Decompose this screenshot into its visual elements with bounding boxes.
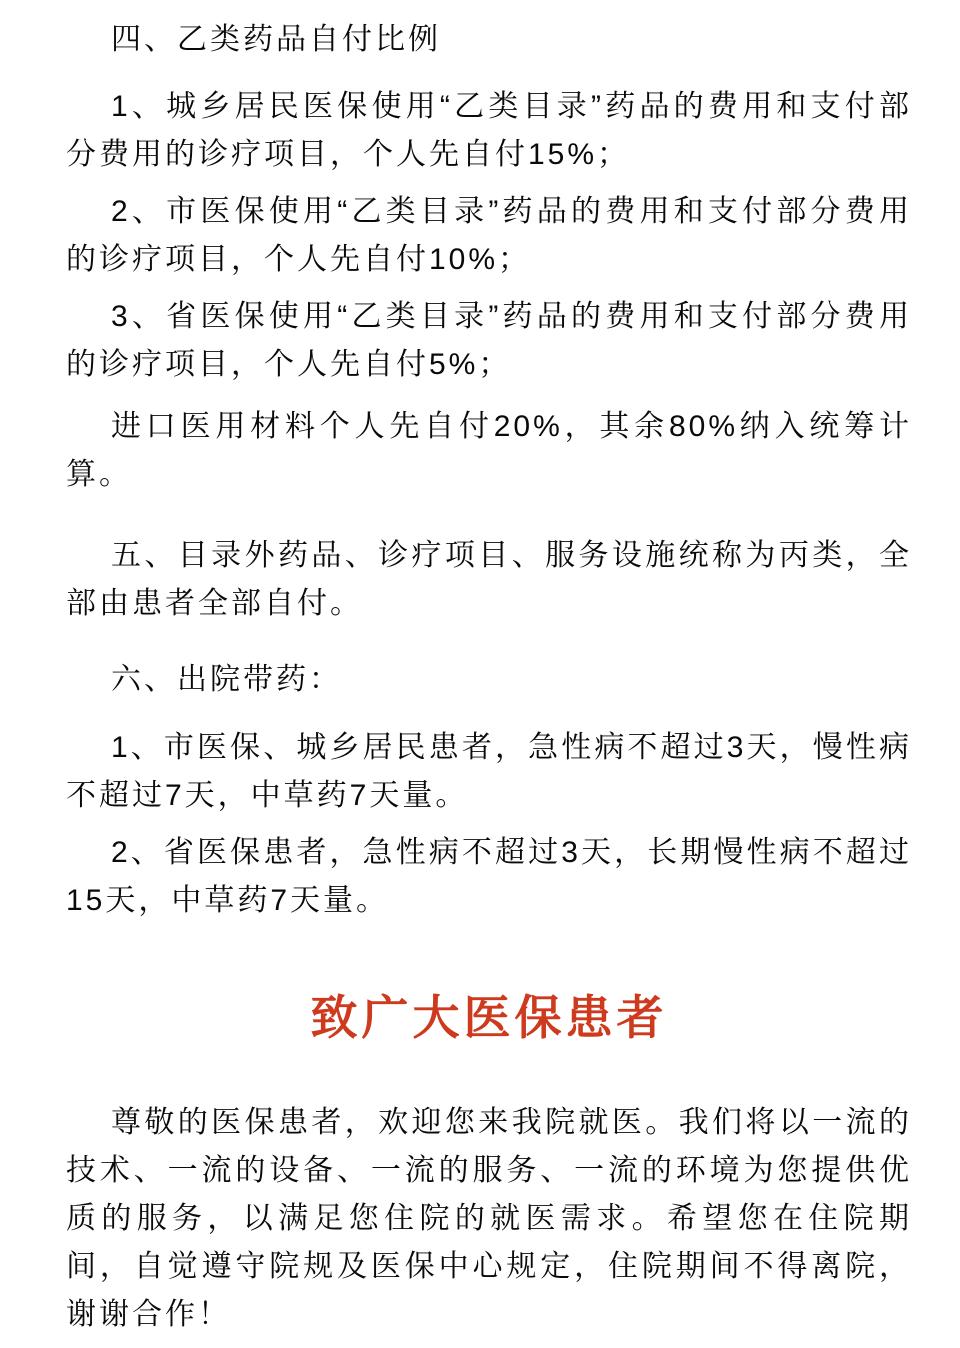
section-five-paragraph: 五、目录外药品、诊疗项目、服务设施统称为丙类，全部由患者全部自付。 [66, 532, 912, 628]
section-heading-four: 四、乙类药品自付比例 [66, 16, 912, 64]
notice-title: 致广大医保患者 [66, 990, 912, 1046]
notice-body: 尊敬的医保患者，欢迎您来我院就医。我们将以一流的技术、一流的设备、一流的服务、一… [66, 1099, 912, 1339]
discharge-item-province: 2、省医保患者，急性病不超过3天，长期慢性病不超过15天，中草药7天量。 [66, 829, 912, 925]
document-page: 四、乙类药品自付比例 1、城乡居民医保使用“乙类目录”药品的费用和支付部分费用的… [0, 0, 960, 1348]
item-resident-insurance: 1、城乡居民医保使用“乙类目录”药品的费用和支付部分费用的诊疗项目，个人先自付1… [66, 83, 912, 179]
item-province-insurance: 3、省医保使用“乙类目录”药品的费用和支付部分费用的诊疗项目，个人先自付5%； [66, 293, 912, 389]
item-city-insurance: 2、市医保使用“乙类目录”药品的费用和支付部分费用的诊疗项目，个人先自付10%； [66, 188, 912, 284]
discharge-item-city: 1、市医保、城乡居民患者，急性病不超过3天，慢性病不超过7天，中草药7天量。 [66, 724, 912, 820]
imported-materials-note: 进口医用材料个人先自付20%，其余80%纳入统筹计算。 [66, 403, 912, 499]
section-heading-six: 六、出院带药： [66, 656, 912, 704]
